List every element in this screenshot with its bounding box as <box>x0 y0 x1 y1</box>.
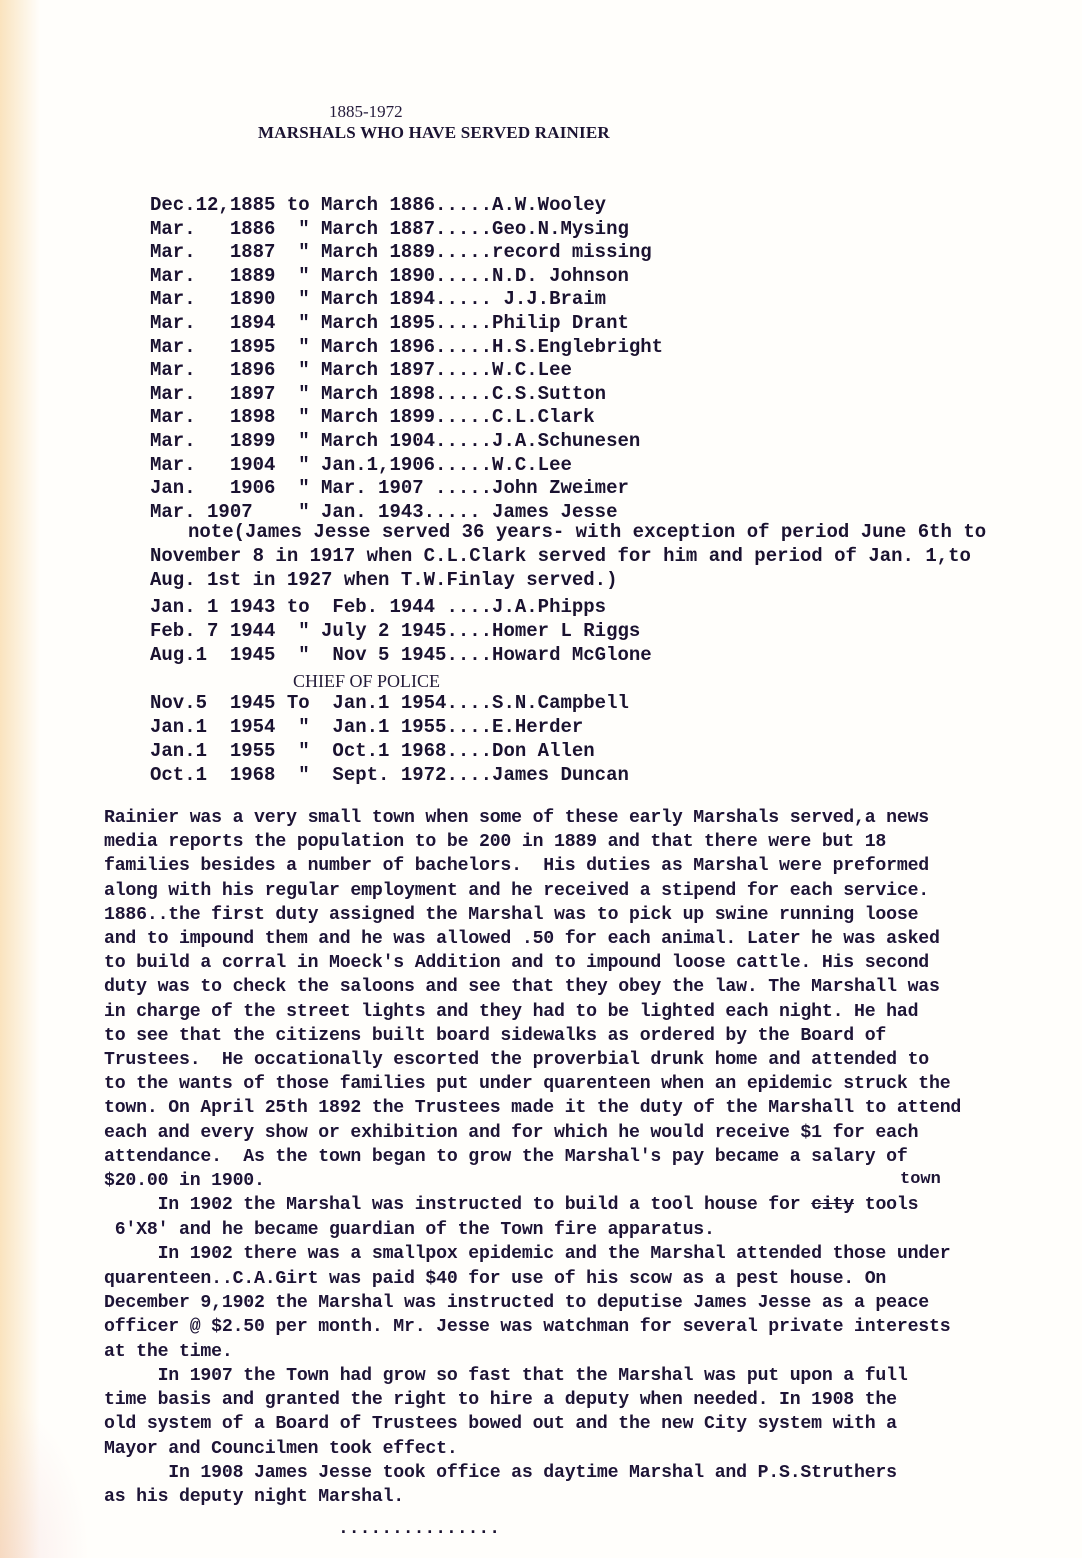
paragraph-line: December 9,1902 the Marshal was instruct… <box>104 1294 929 1312</box>
paragraph-line: to build a corral in Moeck's Addition an… <box>104 954 929 972</box>
marshal-row: Mar. 1886 " March 1887.....Geo.N.Mysing <box>150 220 629 239</box>
text-span: In 1902 the Marshal was instructed to bu… <box>104 1195 811 1215</box>
end-mark: ............... <box>338 1520 500 1538</box>
marshal-row: Mar. 1898 " March 1899.....C.L.Clark <box>150 408 595 427</box>
marshal-row: Dec.12,1885 to March 1886.....A.W.Wooley <box>150 196 606 215</box>
marshal-row: Feb. 7 1944 " July 2 1945....Homer L Rig… <box>150 622 640 641</box>
paragraph-line: In 1908 James Jesse took office as dayti… <box>104 1464 897 1482</box>
paragraph-line: In 1902 there was a smallpox epidemic an… <box>104 1245 950 1263</box>
marshal-row: Mar. 1889 " March 1890.....N.D. Johnson <box>150 267 629 286</box>
paragraph-line: time basis and granted the right to hire… <box>104 1391 897 1409</box>
marshal-row: Mar. 1894 " March 1895.....Philip Drant <box>150 314 629 333</box>
chief-row: Jan.1 1955 " Oct.1 1968....Don Allen <box>150 742 595 761</box>
marshal-row: Mar. 1890 " March 1894..... J.J.Braim <box>150 290 606 309</box>
marshal-row: Mar. 1899 " March 1904.....J.A.Schunesen <box>150 432 640 451</box>
marshal-row: Jan. 1906 " Mar. 1907 .....John Zweimer <box>150 479 629 498</box>
paragraph-line: each and every show or exhibition and fo… <box>104 1124 918 1142</box>
note-line: note(James Jesse served 36 years- with e… <box>188 523 986 542</box>
marshal-row: Aug.1 1945 " Nov 5 1945....Howard McGlon… <box>150 646 652 665</box>
marshal-row: Mar. 1904 " Jan.1,1906.....W.C.Lee <box>150 456 572 475</box>
paragraph-line: attendance. As the town began to grow th… <box>104 1148 908 1166</box>
tool-house-line: In 1902 the Marshal was instructed to bu… <box>104 1196 918 1214</box>
note-line: November 8 in 1917 when C.L.Clark served… <box>150 547 971 566</box>
chief-row: Nov.5 1945 To Jan.1 1954....S.N.Campbell <box>150 694 629 713</box>
paragraph-line: to see that the citizens built board sid… <box>104 1027 886 1045</box>
paragraph-line: along with his regular employment and he… <box>104 882 929 900</box>
paragraph-line: as his deputy night Marshal. <box>104 1488 404 1506</box>
marshal-row: Mar. 1897 " March 1898.....C.S.Sutton <box>150 385 606 404</box>
paragraph-line: Trustees. He occationally escorted the p… <box>104 1051 929 1069</box>
paragraph-line: 6'X8' and he became guardian of the Town… <box>104 1221 715 1239</box>
document-title: MARSHALS WHO HAVE SERVED RAINIER <box>258 124 610 141</box>
marshal-row: Mar. 1896 " March 1897.....W.C.Lee <box>150 361 572 380</box>
paragraph-line: quarenteen..C.A.Girt was paid $40 for us… <box>104 1270 886 1288</box>
paragraph-line: duty was to check the saloons and see th… <box>104 978 940 996</box>
chief-of-police-heading: CHIEF OF POLICE <box>293 672 440 690</box>
paragraph-line: media reports the population to be 200 i… <box>104 833 886 851</box>
paragraph-line: officer @ $2.50 per month. Mr. Jesse was… <box>104 1318 950 1336</box>
paper-corner-stain <box>0 1400 90 1558</box>
inserted-word: town <box>900 1171 941 1188</box>
paragraph-line: and to impound them and he was allowed .… <box>104 930 940 948</box>
chief-row: Jan.1 1954 " Jan.1 1955....E.Herder <box>150 718 583 737</box>
marshal-row: Mar. 1887 " March 1889.....record missin… <box>150 243 652 262</box>
paragraph-line: families besides a number of bachelors. … <box>104 857 929 875</box>
marshal-row: Jan. 1 1943 to Feb. 1944 ....J.A.Phipps <box>150 598 606 617</box>
paragraph-line: Mayor and Councilmen took effect. <box>104 1440 458 1458</box>
note-line: Aug. 1st in 1927 when T.W.Finlay served.… <box>150 571 617 590</box>
paragraph-line: Rainier was a very small town when some … <box>104 809 929 827</box>
year-range: 1885-1972 <box>329 103 403 120</box>
chief-row: Oct.1 1968 " Sept. 1972....James Duncan <box>150 766 629 785</box>
text-span: tools <box>854 1195 918 1215</box>
marshal-row: Mar. 1895 " March 1896.....H.S.Englebrig… <box>150 338 663 357</box>
paragraph-line: $20.00 in 1900. <box>104 1172 265 1190</box>
paragraph-line: in charge of the street lights and they … <box>104 1003 918 1021</box>
marshal-row: Mar. 1907 " Jan. 1943..... James Jesse <box>150 503 617 522</box>
paper-edge-stain <box>0 0 40 1558</box>
paragraph-line: town. On April 25th 1892 the Trustees ma… <box>104 1099 961 1117</box>
paragraph-line: to the wants of those families put under… <box>104 1075 950 1093</box>
paragraph-line: 1886..the first duty assigned the Marsha… <box>104 906 918 924</box>
struck-word: city <box>811 1195 854 1215</box>
paragraph-line: In 1907 the Town had grow so fast that t… <box>104 1367 908 1385</box>
paragraph-line: at the time. <box>104 1343 233 1361</box>
paragraph-line: old system of a Board of Trustees bowed … <box>104 1415 897 1433</box>
